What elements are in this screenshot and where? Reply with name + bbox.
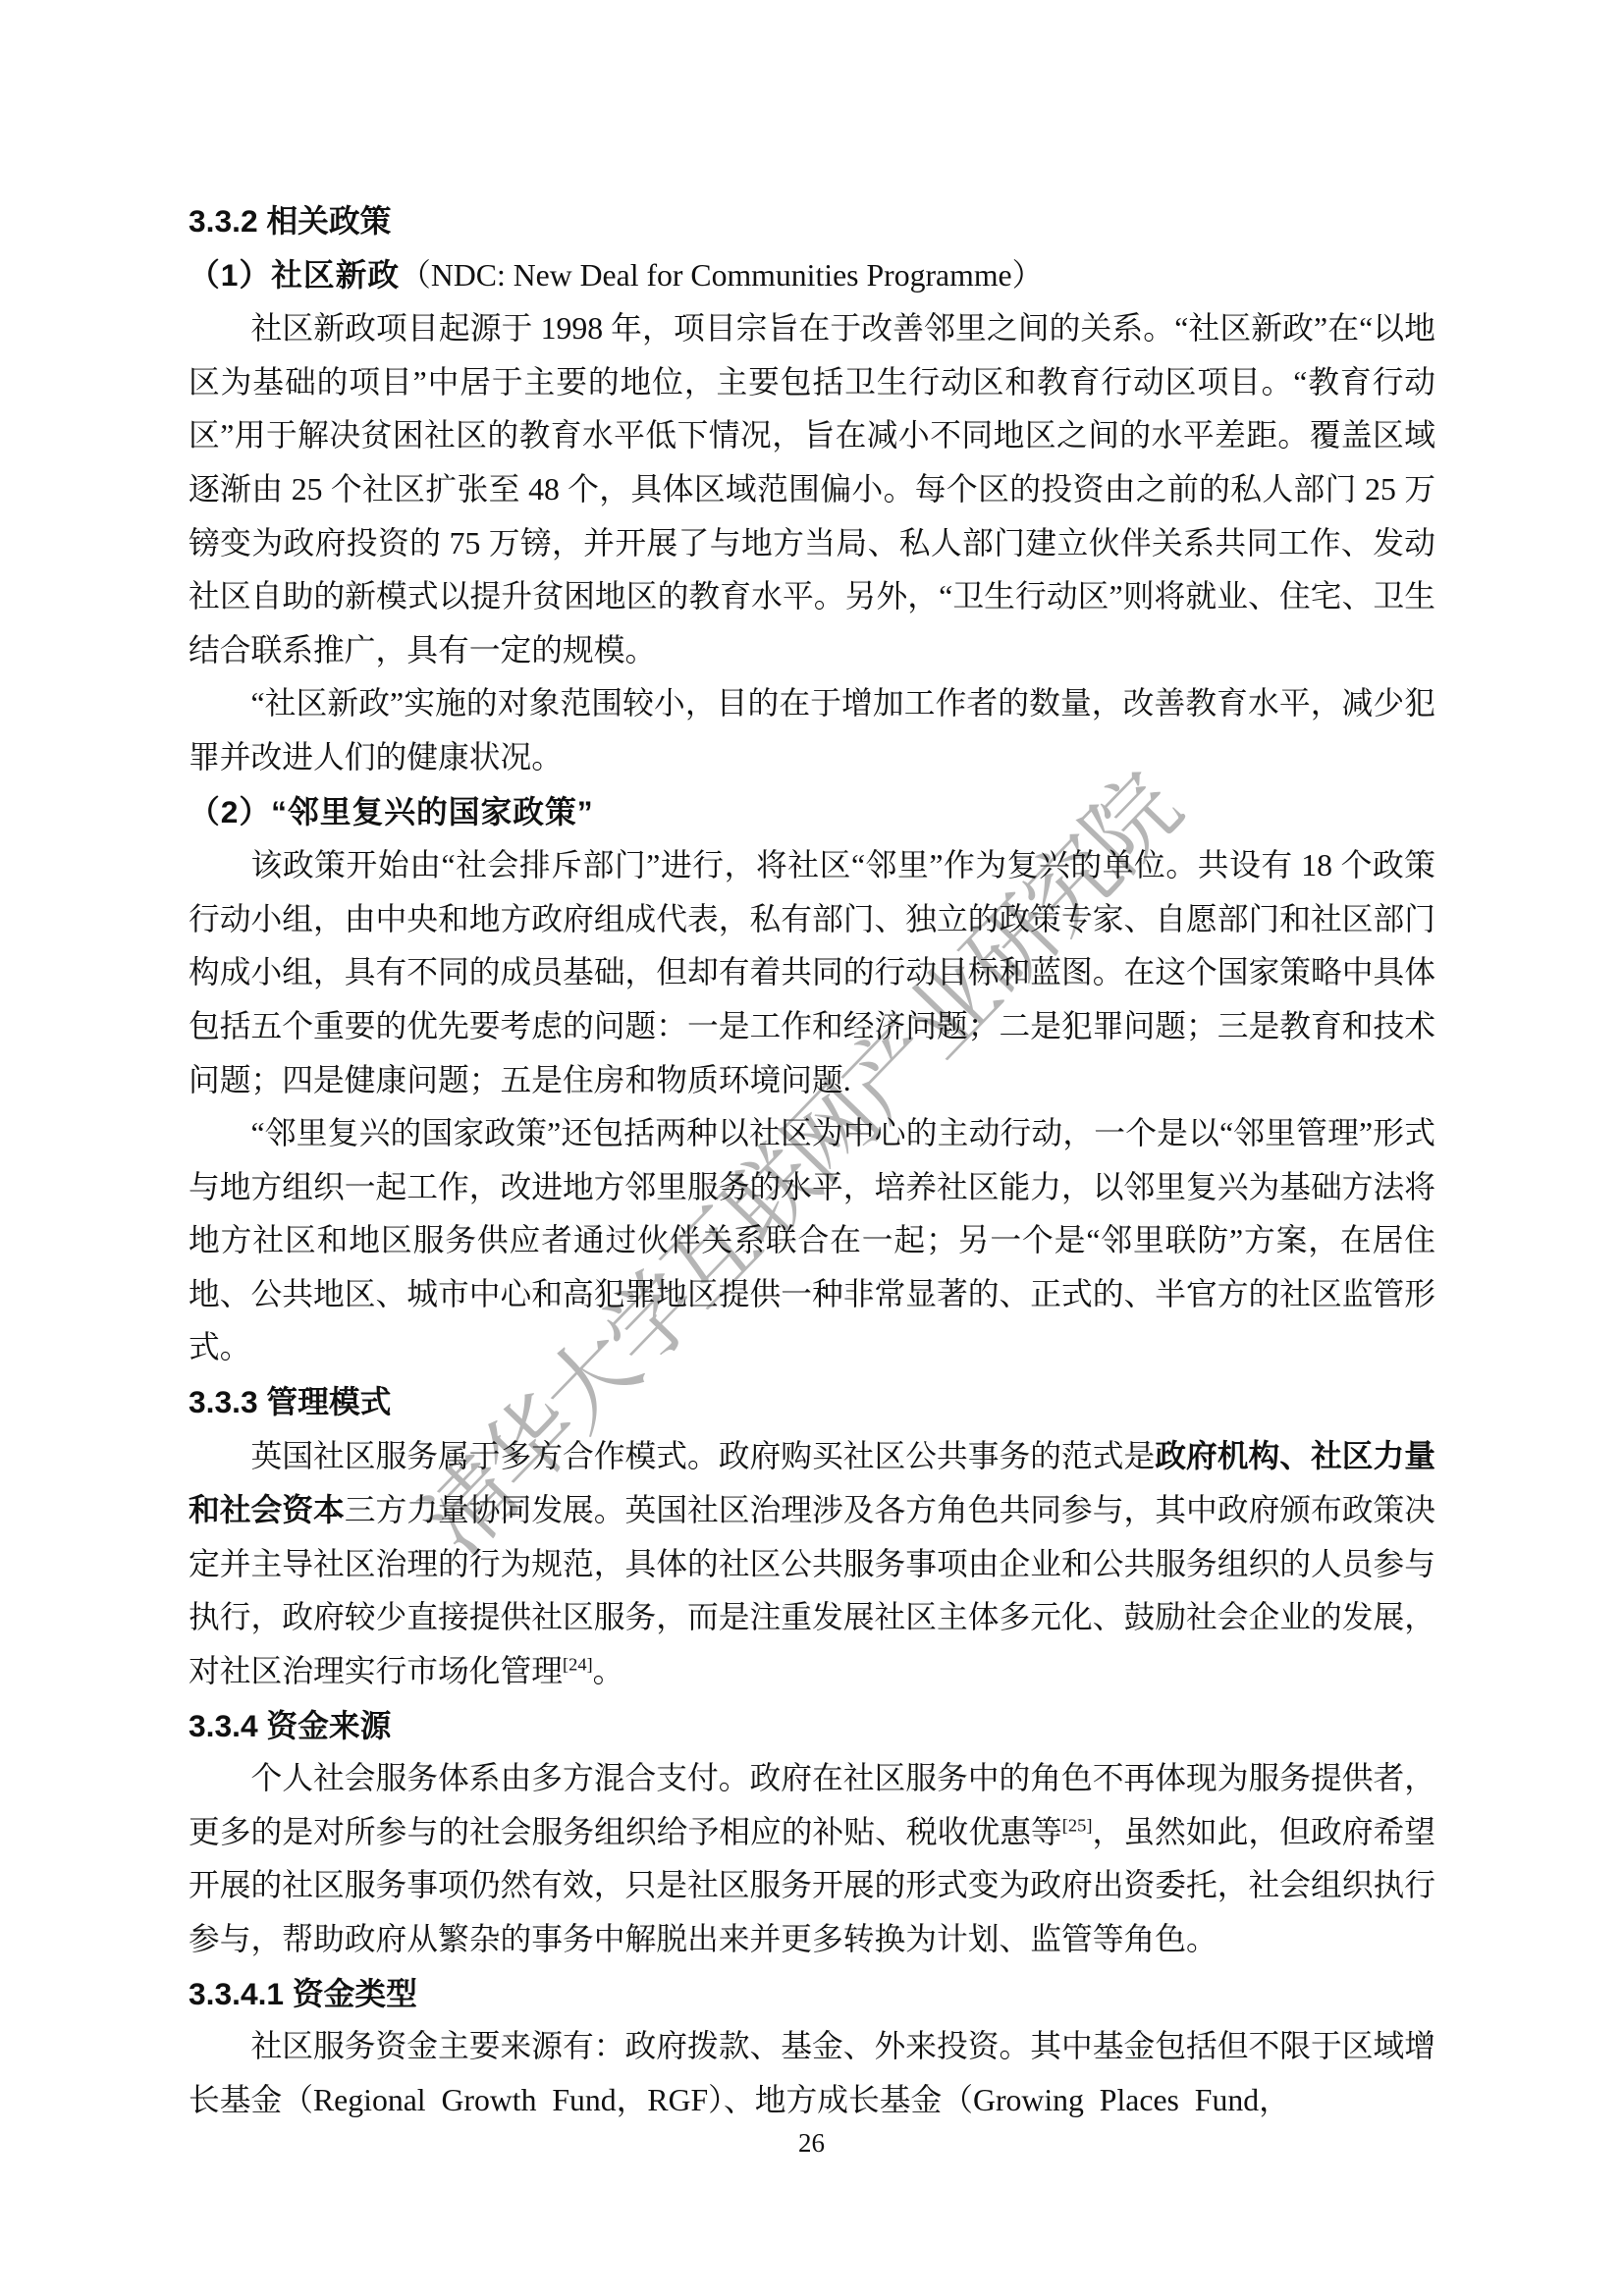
heading-3-3-4-run-0: 3.3.4 资金来源 — [189, 1708, 391, 1743]
heading-3-3-4-1: 3.3.4.1 资金类型 — [189, 1967, 1435, 2021]
paragraph-governance-model: 英国社区服务属于多方合作模式。政府购买社区公共事务的范式是政府机构、社区力量和社… — [189, 1429, 1435, 1699]
paragraph-governance-model-run-0: 英国社区服务属于多方合作模式。政府购买社区公共事务的范式是 — [251, 1439, 1156, 1473]
paragraph-funding-sources: 个人社会服务体系由多方混合支付。政府在社区服务中的角色不再体现为服务提供者，更多… — [189, 1752, 1435, 1966]
paragraph-ndc-intro: 社区新政项目起源于 1998 年，项目宗旨在于改善邻里之间的关系。“社区新政”在… — [189, 302, 1435, 677]
subheading-1-ndc: （1）社区新政（NDC: New Deal for Communities Pr… — [189, 248, 1435, 303]
heading-3-3-3: 3.3.3 管理模式 — [189, 1375, 1435, 1429]
subheading-2-neighbourhood-renewal: （2）“邻里复兴的国家政策” — [189, 785, 1435, 840]
heading-3-3-4: 3.3.4 资金来源 — [189, 1699, 1435, 1753]
paragraph-fund-types-run-0: 社区服务资金主要来源有：政府拨款、基金、外来投资。其中基金包括但不限于区域增长基… — [189, 2029, 1435, 2117]
heading-3-3-2: 3.3.2 相关政策 — [189, 194, 1435, 248]
paragraph-neighbourhood-actions-run-0: “邻里复兴的国家政策”还包括两种以社区为中心的主动行动，一个是以“邻里管理”形式… — [189, 1116, 1435, 1364]
paragraph-neighbourhood-actions: “邻里复兴的国家政策”还包括两种以社区为中心的主动行动，一个是以“邻里管理”形式… — [189, 1107, 1435, 1375]
paragraph-ndc-scope-run-0: “社区新政”实施的对象范围较小，目的在于增加工作者的数量，改善教育水平，减少犯罪… — [189, 686, 1435, 774]
subheading-2-neighbourhood-renewal-run-0: （2）“邻里复兴的国家政策” — [189, 794, 594, 829]
paragraph-fund-types: 社区服务资金主要来源有：政府拨款、基金、外来投资。其中基金包括但不限于区域增长基… — [189, 2020, 1435, 2127]
paragraph-funding-sources-run-1-footnote-ref: [25] — [1062, 1815, 1093, 1835]
heading-3-3-4-1-run-0: 3.3.4.1 资金类型 — [189, 1976, 417, 2011]
heading-3-3-3-run-0: 3.3.3 管理模式 — [189, 1384, 391, 1419]
paragraph-governance-model-run-2: 三方力量协同发展。英国社区治理涉及各方角色共同参与，其中政府颁布政策决定并主导社… — [189, 1493, 1435, 1688]
subheading-1-ndc-run-1: （NDC: New Deal for Communities Programme… — [400, 258, 1043, 293]
document-page: 清华大学互联网产业研究院 3.3.2 相关政策（1）社区新政（NDC: New … — [0, 0, 1623, 2296]
paragraph-ndc-scope: “社区新政”实施的对象范围较小，目的在于增加工作者的数量，改善教育水平，减少犯罪… — [189, 677, 1435, 784]
document-body: 3.3.2 相关政策（1）社区新政（NDC: New Deal for Comm… — [189, 194, 1435, 2127]
paragraph-policy-action-teams: 该政策开始由“社会排斥部门”进行，将社区“邻里”作为复兴的单位。共设有 18 个… — [189, 839, 1435, 1107]
paragraph-policy-action-teams-run-0: 该政策开始由“社会排斥部门”进行，将社区“邻里”作为复兴的单位。共设有 18 个… — [189, 848, 1435, 1096]
heading-3-3-2-run-0: 3.3.2 相关政策 — [189, 203, 391, 239]
paragraph-ndc-intro-run-0: 社区新政项目起源于 1998 年，项目宗旨在于改善邻里之间的关系。“社区新政”在… — [189, 311, 1435, 667]
paragraph-governance-model-run-4: 。 — [593, 1654, 624, 1688]
paragraph-governance-model-run-3-footnote-ref: [24] — [563, 1654, 593, 1674]
subheading-1-ndc-run-0: （1）社区新政 — [189, 257, 400, 293]
page-number: 26 — [0, 2128, 1623, 2159]
